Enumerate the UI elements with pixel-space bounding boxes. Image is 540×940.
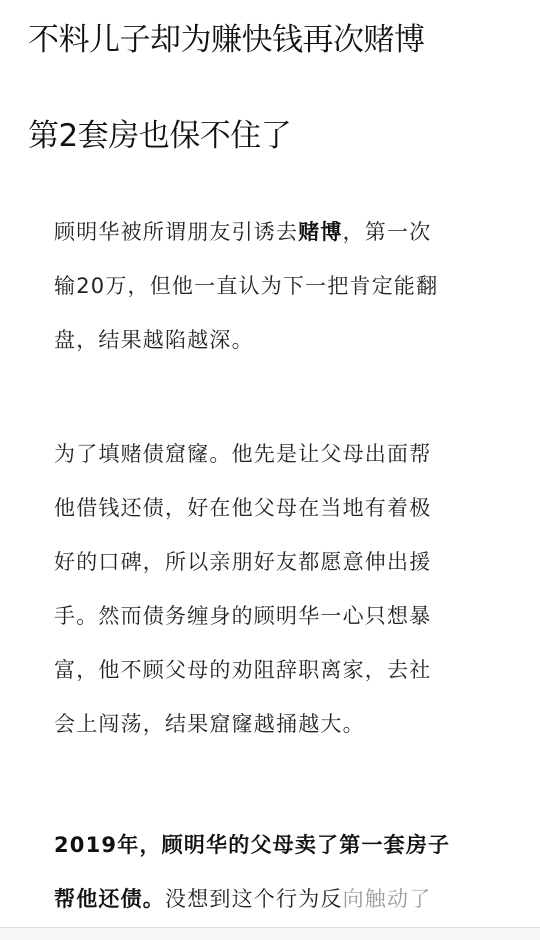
paragraph-line: 手。然而债务缠身的顾明华一心只想暴 — [54, 589, 494, 643]
paragraph-line: 会上闯荡，结果窟窿越捅越大。 — [54, 697, 494, 751]
paragraph-line: 他借钱还债，好在他父母在当地有着极 — [54, 481, 494, 535]
text-segment: 没想到这个行为反 — [165, 887, 343, 911]
paragraph-1: 顾明华被所谓朋友引诱去赌博，第一次 输20万，但他一直认为下一把肯定能翻 盘，结… — [54, 205, 494, 367]
text-segment: 顾明华被所谓朋友引诱去 — [54, 220, 298, 244]
paragraph-line: 帮他还债。没想到这个行为反向触动了 — [54, 872, 494, 926]
faded-text-segment: 向触动了 — [343, 887, 432, 911]
paragraph-line-bold: 2019年，顾明华的父母卖了第一套房子 — [54, 818, 494, 872]
headline-line-2: 第2套房也保不住了 — [28, 116, 291, 156]
paragraph-line: 顾明华被所谓朋友引诱去赌博，第一次 — [54, 205, 494, 259]
paragraph-3: 2019年，顾明华的父母卖了第一套房子 帮他还债。没想到这个行为反向触动了 — [54, 818, 494, 926]
text-segment: ，第一次 — [343, 220, 432, 244]
paragraph-line: 为了填赌债窟窿。他先是让父母出面帮 — [54, 427, 494, 481]
paragraph-line: 好的口碑，所以亲朋好友都愿意伸出援 — [54, 535, 494, 589]
paragraph-2: 为了填赌债窟窿。他先是让父母出面帮 他借钱还债，好在他父母在当地有着极 好的口碑… — [54, 427, 494, 751]
bottom-bar — [0, 928, 540, 940]
headline-line-1: 不料儿子却为赚快钱再次赌博 — [28, 20, 425, 60]
paragraph-line: 输20万，但他一直认为下一把肯定能翻 — [54, 259, 494, 313]
paragraph-line: 富，他不顾父母的劝阻辞职离家，去社 — [54, 643, 494, 697]
bold-segment: 帮他还债。 — [54, 887, 165, 911]
bold-keyword: 赌博 — [298, 220, 342, 244]
paragraph-line: 盘，结果越陷越深。 — [54, 313, 494, 367]
